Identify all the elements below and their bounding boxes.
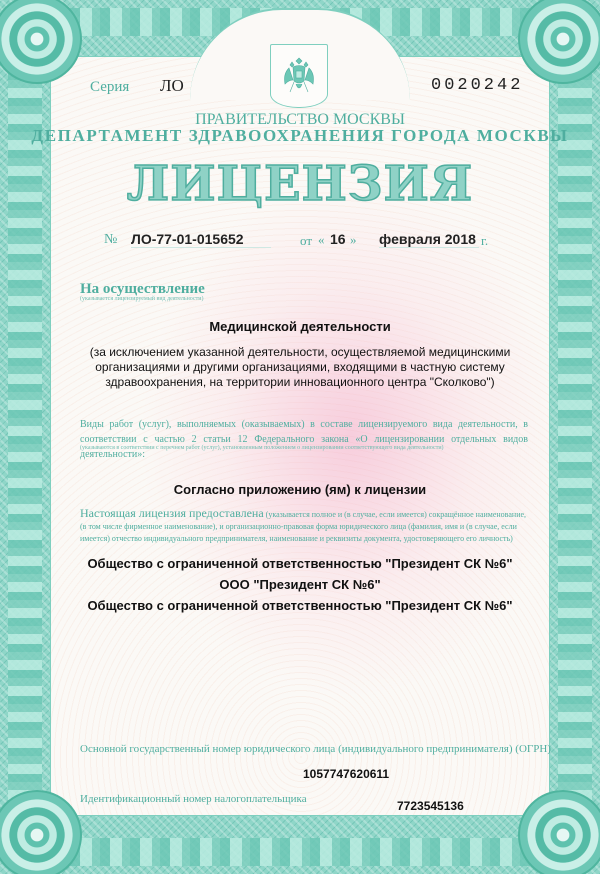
licensee-short-name: ООО "Президент СК №6"	[0, 577, 600, 592]
serial-number: 0020242	[431, 76, 523, 95]
date-quote-close: »	[350, 232, 357, 248]
border-band-bottom	[40, 838, 560, 866]
date-year-suffix: г.	[481, 233, 488, 249]
license-document: Серия ЛО 0020242 ПРАВИТЕЛЬСТВО МОСКВЫ ДЕ…	[0, 0, 600, 874]
licensee-full-name: Общество с ограниченной ответственностью…	[0, 556, 600, 571]
activity-exclusion: (за исключением указанной деятельности, …	[60, 345, 540, 390]
license-number: ЛО-77-01-015652	[131, 231, 271, 248]
ogrn-value: 1057747620611	[303, 767, 389, 781]
date-day: 16	[330, 231, 346, 247]
inn-label: Идентификационный номер налогоплательщик…	[80, 793, 307, 805]
inn-value: 7723545136	[397, 799, 464, 813]
licensee-firm-name: Общество с ограниченной ответственностью…	[0, 598, 600, 613]
ogrn-label: Основной государственный номер юридическ…	[80, 743, 551, 755]
license-number-label: №	[104, 232, 117, 248]
purpose-hint: (указывается лицензируемый вид деятельно…	[80, 296, 203, 302]
coat-of-arms-icon	[270, 44, 328, 108]
works-hint: (указываются в соответствии с перечнем р…	[80, 445, 520, 451]
date-quote-open: «	[318, 232, 325, 248]
granted-lead: Настоящая лицензия предоставлена	[80, 506, 264, 520]
works-value: Согласно приложению (ям) к лицензии	[0, 482, 600, 497]
works-description: Виды работ (услуг), выполняемых (оказыва…	[80, 417, 528, 462]
licensed-activity: Медицинской деятельности	[0, 319, 600, 334]
granted-to-block: Настоящая лицензия предоставлена (указыв…	[80, 507, 530, 545]
rosette-icon	[518, 790, 600, 874]
date-month-year: февраля 2018	[379, 231, 479, 248]
document-title: ЛИЦЕНЗИЯ	[0, 156, 600, 212]
series-value: ЛО	[160, 76, 184, 96]
issuer-department: ДЕПАРТАМЕНТ ЗДРАВООХРАНЕНИЯ ГОРОДА МОСКВ…	[0, 126, 600, 146]
series-label: Серия	[90, 79, 129, 96]
date-from-label: от	[300, 233, 312, 249]
double-headed-eagle-icon	[279, 54, 319, 98]
